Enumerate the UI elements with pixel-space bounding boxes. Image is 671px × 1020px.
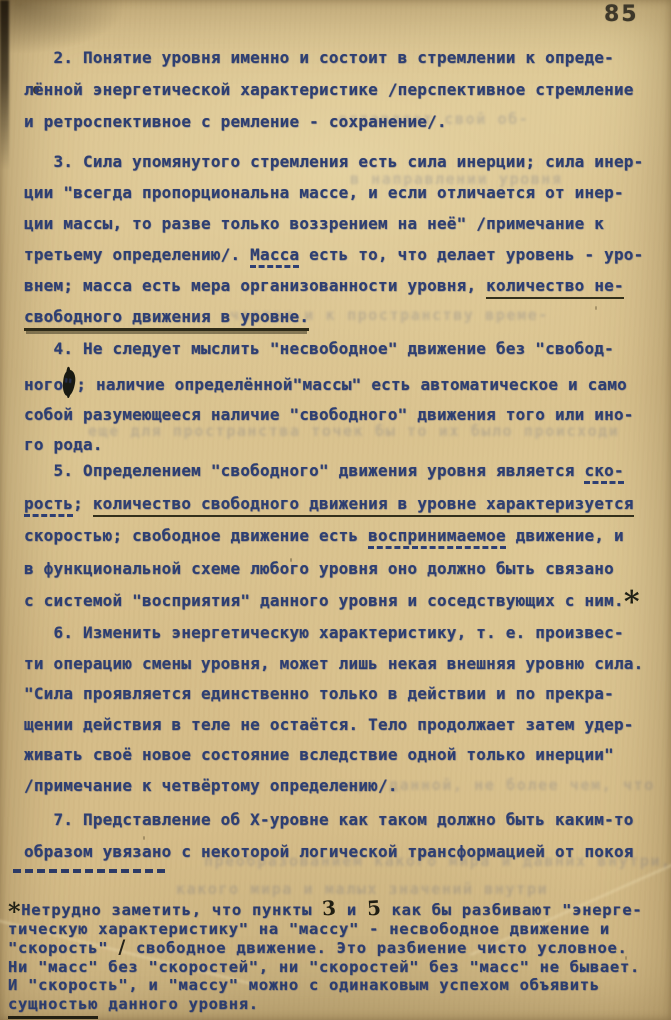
text-segment: третьему определению/. (24, 245, 250, 264)
text-segment: свободного движения в уровне. (24, 307, 309, 331)
text-segment: 7. Представление об Х-уровне как таком д… (24, 810, 634, 829)
text-segment: данного уровня. (98, 995, 259, 1013)
typed-line: 4. Не следует мыслить "несвободное" движ… (24, 334, 634, 364)
paragraph-point-3: 3. Сила упомянутого стремления есть сила… (24, 146, 643, 332)
text-segment: движение, и (506, 526, 624, 545)
text-segment: 2. Понятие уровня именно и состоит в стр… (24, 48, 614, 67)
typed-line: Ни "масс" без "скоростей", ни "скоростей… (8, 958, 642, 977)
text-segment: количество не- (486, 276, 624, 299)
scanned-document-page: оставляет свой об-в направлении уровняча… (0, 0, 671, 1020)
typed-line: /примечание к четвёртому определению/. (24, 771, 643, 802)
text-segment: воспринимаемое (368, 526, 506, 549)
paragraph-point-6: 6. Изменить энергетическую характеристик… (24, 618, 643, 801)
text-segment: И "скорость", и "массу" можно с одинаков… (8, 976, 600, 994)
typed-line: третьему определению/. Масса есть то, чт… (24, 239, 643, 270)
text-segment: "скорость" (8, 939, 118, 957)
text-segment: количество свободного движения в уровне … (93, 494, 634, 517)
handwritten-asterisk: * (624, 585, 640, 620)
text-segment: с системой "восприятия" данного уровня и… (24, 591, 624, 610)
handwritten-asterisk: * (8, 897, 21, 926)
typed-line: тическую характеристику" на "массу" - не… (8, 920, 642, 939)
typed-line: И "скорость", и "массу" можно с одинаков… (8, 976, 642, 995)
text-segment: ти операцию смены уровня, может лишь нек… (24, 654, 643, 673)
text-segment: щении действия в теле не остаётся. Тело … (24, 715, 634, 734)
text-segment: сущностью (8, 995, 98, 1019)
text-segment: внем; масса есть мера организованности у… (24, 276, 486, 295)
text-segment: ; наличие определённой"массы" есть автом… (76, 375, 627, 394)
text-segment: образом увязано с некоторой логической т… (24, 842, 634, 861)
typed-line: внем; масса есть мера организованности у… (24, 270, 643, 301)
typed-line: 2. Понятие уровня именно и состоит в стр… (24, 42, 634, 74)
typed-line: собой разумеющееся наличие "свободного" … (24, 400, 634, 430)
handwritten-digit: 3 (322, 899, 338, 919)
typed-line: с системой "восприятия" данного уровня и… (24, 585, 640, 618)
text-segment: в функциональной схеме любого уровня оно… (24, 559, 614, 578)
typed-line: в функциональной схеме любого уровня оно… (24, 553, 640, 586)
handwritten-slash: / (118, 936, 126, 958)
typed-line: образом увязано с некоторой логической т… (24, 836, 634, 868)
text-segment: тическую характеристику" на "массу" - не… (8, 920, 610, 938)
typed-line: сущностью данного уровня. (8, 995, 642, 1014)
text-segment: и (337, 901, 367, 919)
typed-line: и ретроспективное с ремление - сохранени… (24, 106, 634, 138)
paragraph-point-4: 4. Не следует мыслить "несвободное" движ… (24, 334, 634, 460)
paragraph-point-5: 5. Определением "свободного" движения ур… (24, 455, 640, 618)
paragraph-point-2: 2. Понятие уровня именно и состоит в стр… (24, 42, 634, 138)
text-segment: ного (24, 375, 63, 394)
text-segment: 5. Определением "свободного" движения ур… (24, 461, 584, 480)
text-segment: "Сила проявляется единственно только в д… (24, 684, 614, 703)
text-segment: Нетрудно заметить, что пункты (21, 901, 322, 919)
text-segment: Масса (250, 245, 299, 268)
text-segment: собой разумеющееся наличие "свободного" … (24, 405, 634, 424)
text-segment: 3. Сила упомянутого стремления есть сила… (24, 152, 643, 171)
typed-line: 3. Сила упомянутого стремления есть сила… (24, 146, 643, 177)
text-segment: /примечание к четвёртому определению/. (24, 776, 398, 795)
typed-line: рость; количество свободного движения в … (24, 488, 640, 521)
text-segment: рость (24, 494, 73, 517)
typed-line: живать своё новое состояние вследствие о… (24, 740, 643, 771)
typed-line: "Сила проявляется единственно только в д… (24, 679, 643, 710)
text-segment: ; (73, 494, 93, 513)
typed-line: 5. Определением "свободного" движения ур… (24, 455, 640, 488)
text-segment: ско- (584, 461, 623, 484)
handwritten-digit: 5 (366, 899, 382, 919)
text-segment: живать своё новое состояние вследствие о… (24, 745, 614, 764)
typed-line: ти операцию смены уровня, может лишь нек… (24, 649, 643, 680)
footnote: *Нетрудно заметить, что пункты 3 и 5 как… (8, 899, 642, 1014)
bleed-through-text: какого мира и малых значений внутри (176, 880, 548, 898)
text-segment: скоростью; свободное движение есть (24, 526, 368, 545)
text-segment: Ни "масс" без "скоростей", ни "скоростей… (8, 958, 640, 976)
page-number: 85 (604, 2, 639, 27)
text-segment: 4. Не следует мыслить "несвободное" движ… (24, 339, 614, 358)
typed-line: щении действия в теле не остаётся. Тело … (24, 710, 643, 741)
ink-blot: " (62, 369, 77, 396)
text-segment: ции "всегда пропорциональна массе, и есл… (24, 183, 624, 202)
text-segment: свободное движение. Это разбиение чисто … (126, 939, 628, 957)
typed-line: ции "всегда пропорциональна массе, и есл… (24, 177, 643, 208)
typed-line: ного"; наличие определённой"массы" есть … (24, 364, 634, 400)
text-segment: го рода. (24, 435, 103, 454)
typed-line: *Нетрудно заметить, что пункты 3 и 5 как… (8, 899, 642, 920)
typed-line: "скорость" / свободное движение. Это раз… (8, 938, 642, 958)
typed-line: 6. Изменить энергетическую характеристик… (24, 618, 643, 649)
typed-line: 7. Представление об Х-уровне как таком д… (24, 804, 634, 836)
paragraph-point-7: 7. Представление об Х-уровне как таком д… (24, 804, 634, 868)
text-segment: как бы разбивают "энерге- (382, 901, 643, 919)
footnote-separator (13, 869, 165, 873)
text-segment: 6. Изменить энергетическую характеристик… (24, 623, 624, 642)
text-segment: ции массы, то разве только воззрением на… (24, 214, 604, 233)
typed-line: ции массы, то разве только воззрением на… (24, 208, 643, 239)
typed-line: свободного движения в уровне. (24, 301, 643, 332)
paper-edge-shadow (0, 0, 9, 170)
text-segment: и ретроспективное с ремление - сохранени… (24, 112, 447, 131)
typed-line: скоростью; свободное движение есть воспр… (24, 520, 640, 553)
typed-line: лённой энергетической характеристике /пе… (24, 74, 634, 106)
text-segment: есть то, что делает уровень - уро- (299, 245, 643, 264)
text-segment: лённой энергетической характеристике /пе… (24, 80, 634, 99)
